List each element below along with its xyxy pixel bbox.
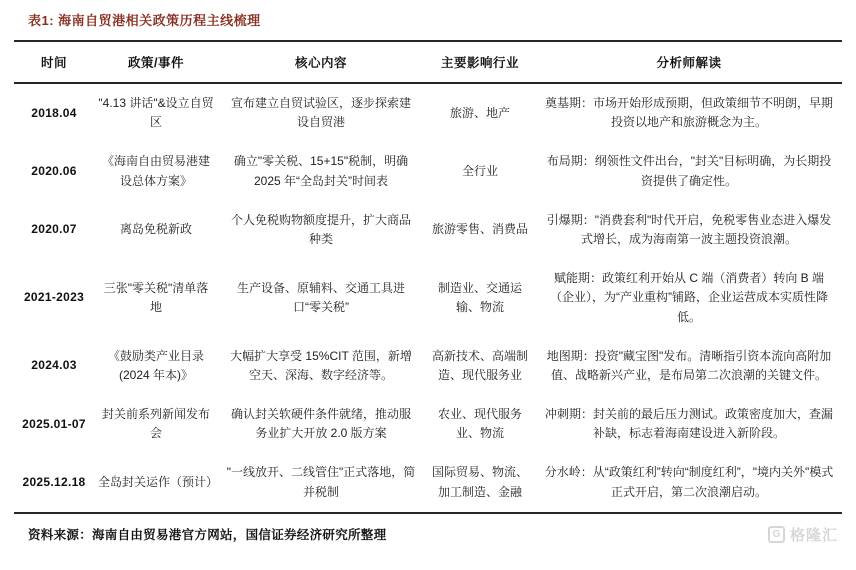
- table-row: 2020.07离岛免税新政个人免税购物额度提升，扩大商品种类旅游零售、消费品引爆…: [14, 201, 842, 259]
- report-table-figure: 表1: 海南自贸港相关政策历程主线梳理 时间 政策/事件 核心内容 主要影响行业…: [0, 0, 856, 570]
- content-cell: 大幅扩大享受 15%CIT 范围，新增空天、深海、数字经济等。: [218, 337, 424, 395]
- interpretation-cell: 赋能期：政策红利开始从 C 端（消费者）转向 B 端（企业），为“产业重构”铺路…: [536, 259, 842, 337]
- content-cell: 宣布建立自贸试验区，逐步探索建设自贸港: [218, 83, 424, 142]
- watermark-text: 格隆汇: [790, 524, 838, 545]
- time-cell: 2021-2023: [14, 259, 94, 337]
- source-note: 资料来源：海南自由贸易港官方网站，国信证券经济研究所整理: [28, 525, 386, 543]
- interpretation-cell: 分水岭：从“政策红利”转向“制度红利”，"境内关外"模式正式开启，第二次浪潮启动…: [536, 453, 842, 512]
- table-row: 2021-2023三张"零关税"清单落地生产设备、原辅料、交通工具进口“零关税”…: [14, 259, 842, 337]
- table-title: 表1: 海南自贸港相关政策历程主线梳理: [28, 10, 856, 29]
- table-body: 2018.04"4.13 讲话"&设立自贸区宣布建立自贸试验区，逐步探索建设自贸…: [14, 83, 842, 513]
- industries-cell: 旅游零售、消费品: [424, 201, 536, 259]
- col-header-policy: 政策/事件: [94, 41, 218, 83]
- policy-cell: 全岛封关运作（预计）: [94, 453, 218, 512]
- gelonghui-watermark: G 格隆汇: [768, 524, 838, 545]
- header-row: 时间 政策/事件 核心内容 主要影响行业 分析师解读: [14, 41, 842, 83]
- policy-cell: "4.13 讲话"&设立自贸区: [94, 83, 218, 142]
- policy-timeline-table: 时间 政策/事件 核心内容 主要影响行业 分析师解读 2018.04"4.13 …: [14, 40, 842, 514]
- industries-cell: 全行业: [424, 142, 536, 200]
- interpretation-cell: 冲刺期：封关前的最后压力测试。政策密度加大，查漏补缺，标志着海南建设进入新阶段。: [536, 395, 842, 453]
- table-row: 2025.12.18全岛封关运作（预计）"一线放开、二线管住"正式落地，简并税制…: [14, 453, 842, 512]
- table-row: 2025.01-07封关前系列新闻发布会确认封关软硬件条件就绪，推动服务业扩大开…: [14, 395, 842, 453]
- interpretation-cell: 奠基期：市场开始形成预期，但政策细节不明朗，早期投资以地产和旅游概念为主。: [536, 83, 842, 142]
- content-cell: 个人免税购物额度提升，扩大商品种类: [218, 201, 424, 259]
- industries-cell: 高新技术、高端制造、现代服务业: [424, 337, 536, 395]
- time-cell: 2025.01-07: [14, 395, 94, 453]
- industries-cell: 农业、现代服务业、物流: [424, 395, 536, 453]
- interpretation-cell: 布局期：纲领性文件出台，"封关"目标明确，为长期投资提供了确定性。: [536, 142, 842, 200]
- col-header-content: 核心内容: [218, 41, 424, 83]
- figure-footer: 资料来源：海南自由贸易港官方网站，国信证券经济研究所整理 G 格隆汇: [28, 524, 842, 545]
- industries-cell: 国际贸易、物流、加工制造、金融: [424, 453, 536, 512]
- col-header-time: 时间: [14, 41, 94, 83]
- interpretation-cell: 引爆期："消费套利"时代开启，免税零售业态进入爆发式增长，成为海南第一波主题投资…: [536, 201, 842, 259]
- industries-cell: 旅游、地产: [424, 83, 536, 142]
- time-cell: 2025.12.18: [14, 453, 94, 512]
- gelonghui-logo-icon: G: [768, 526, 785, 543]
- interpretation-cell: 地图期：投资"藏宝图"发布。清晰指引资本流向高附加值、战略新兴产业，是布局第二次…: [536, 337, 842, 395]
- policy-cell: 离岛免税新政: [94, 201, 218, 259]
- time-cell: 2018.04: [14, 83, 94, 142]
- policy-cell: 《鼓励类产业目录(2024 年本)》: [94, 337, 218, 395]
- table-row: 2020.06《海南自由贸易港建设总体方案》确立"零关税、15+15"税制，明确…: [14, 142, 842, 200]
- time-cell: 2024.03: [14, 337, 94, 395]
- content-cell: 确认封关软硬件条件就绪，推动服务业扩大开放 2.0 版方案: [218, 395, 424, 453]
- content-cell: 生产设备、原辅料、交通工具进口“零关税”: [218, 259, 424, 337]
- time-cell: 2020.06: [14, 142, 94, 200]
- industries-cell: 制造业、交通运输、物流: [424, 259, 536, 337]
- policy-cell: 《海南自由贸易港建设总体方案》: [94, 142, 218, 200]
- table-row: 2018.04"4.13 讲话"&设立自贸区宣布建立自贸试验区，逐步探索建设自贸…: [14, 83, 842, 142]
- col-header-interpretation: 分析师解读: [536, 41, 842, 83]
- policy-cell: 三张"零关税"清单落地: [94, 259, 218, 337]
- table-row: 2024.03《鼓励类产业目录(2024 年本)》大幅扩大享受 15%CIT 范…: [14, 337, 842, 395]
- time-cell: 2020.07: [14, 201, 94, 259]
- policy-cell: 封关前系列新闻发布会: [94, 395, 218, 453]
- content-cell: 确立"零关税、15+15"税制，明确 2025 年“全岛封关”时间表: [218, 142, 424, 200]
- content-cell: "一线放开、二线管住"正式落地，简并税制: [218, 453, 424, 512]
- col-header-industries: 主要影响行业: [424, 41, 536, 83]
